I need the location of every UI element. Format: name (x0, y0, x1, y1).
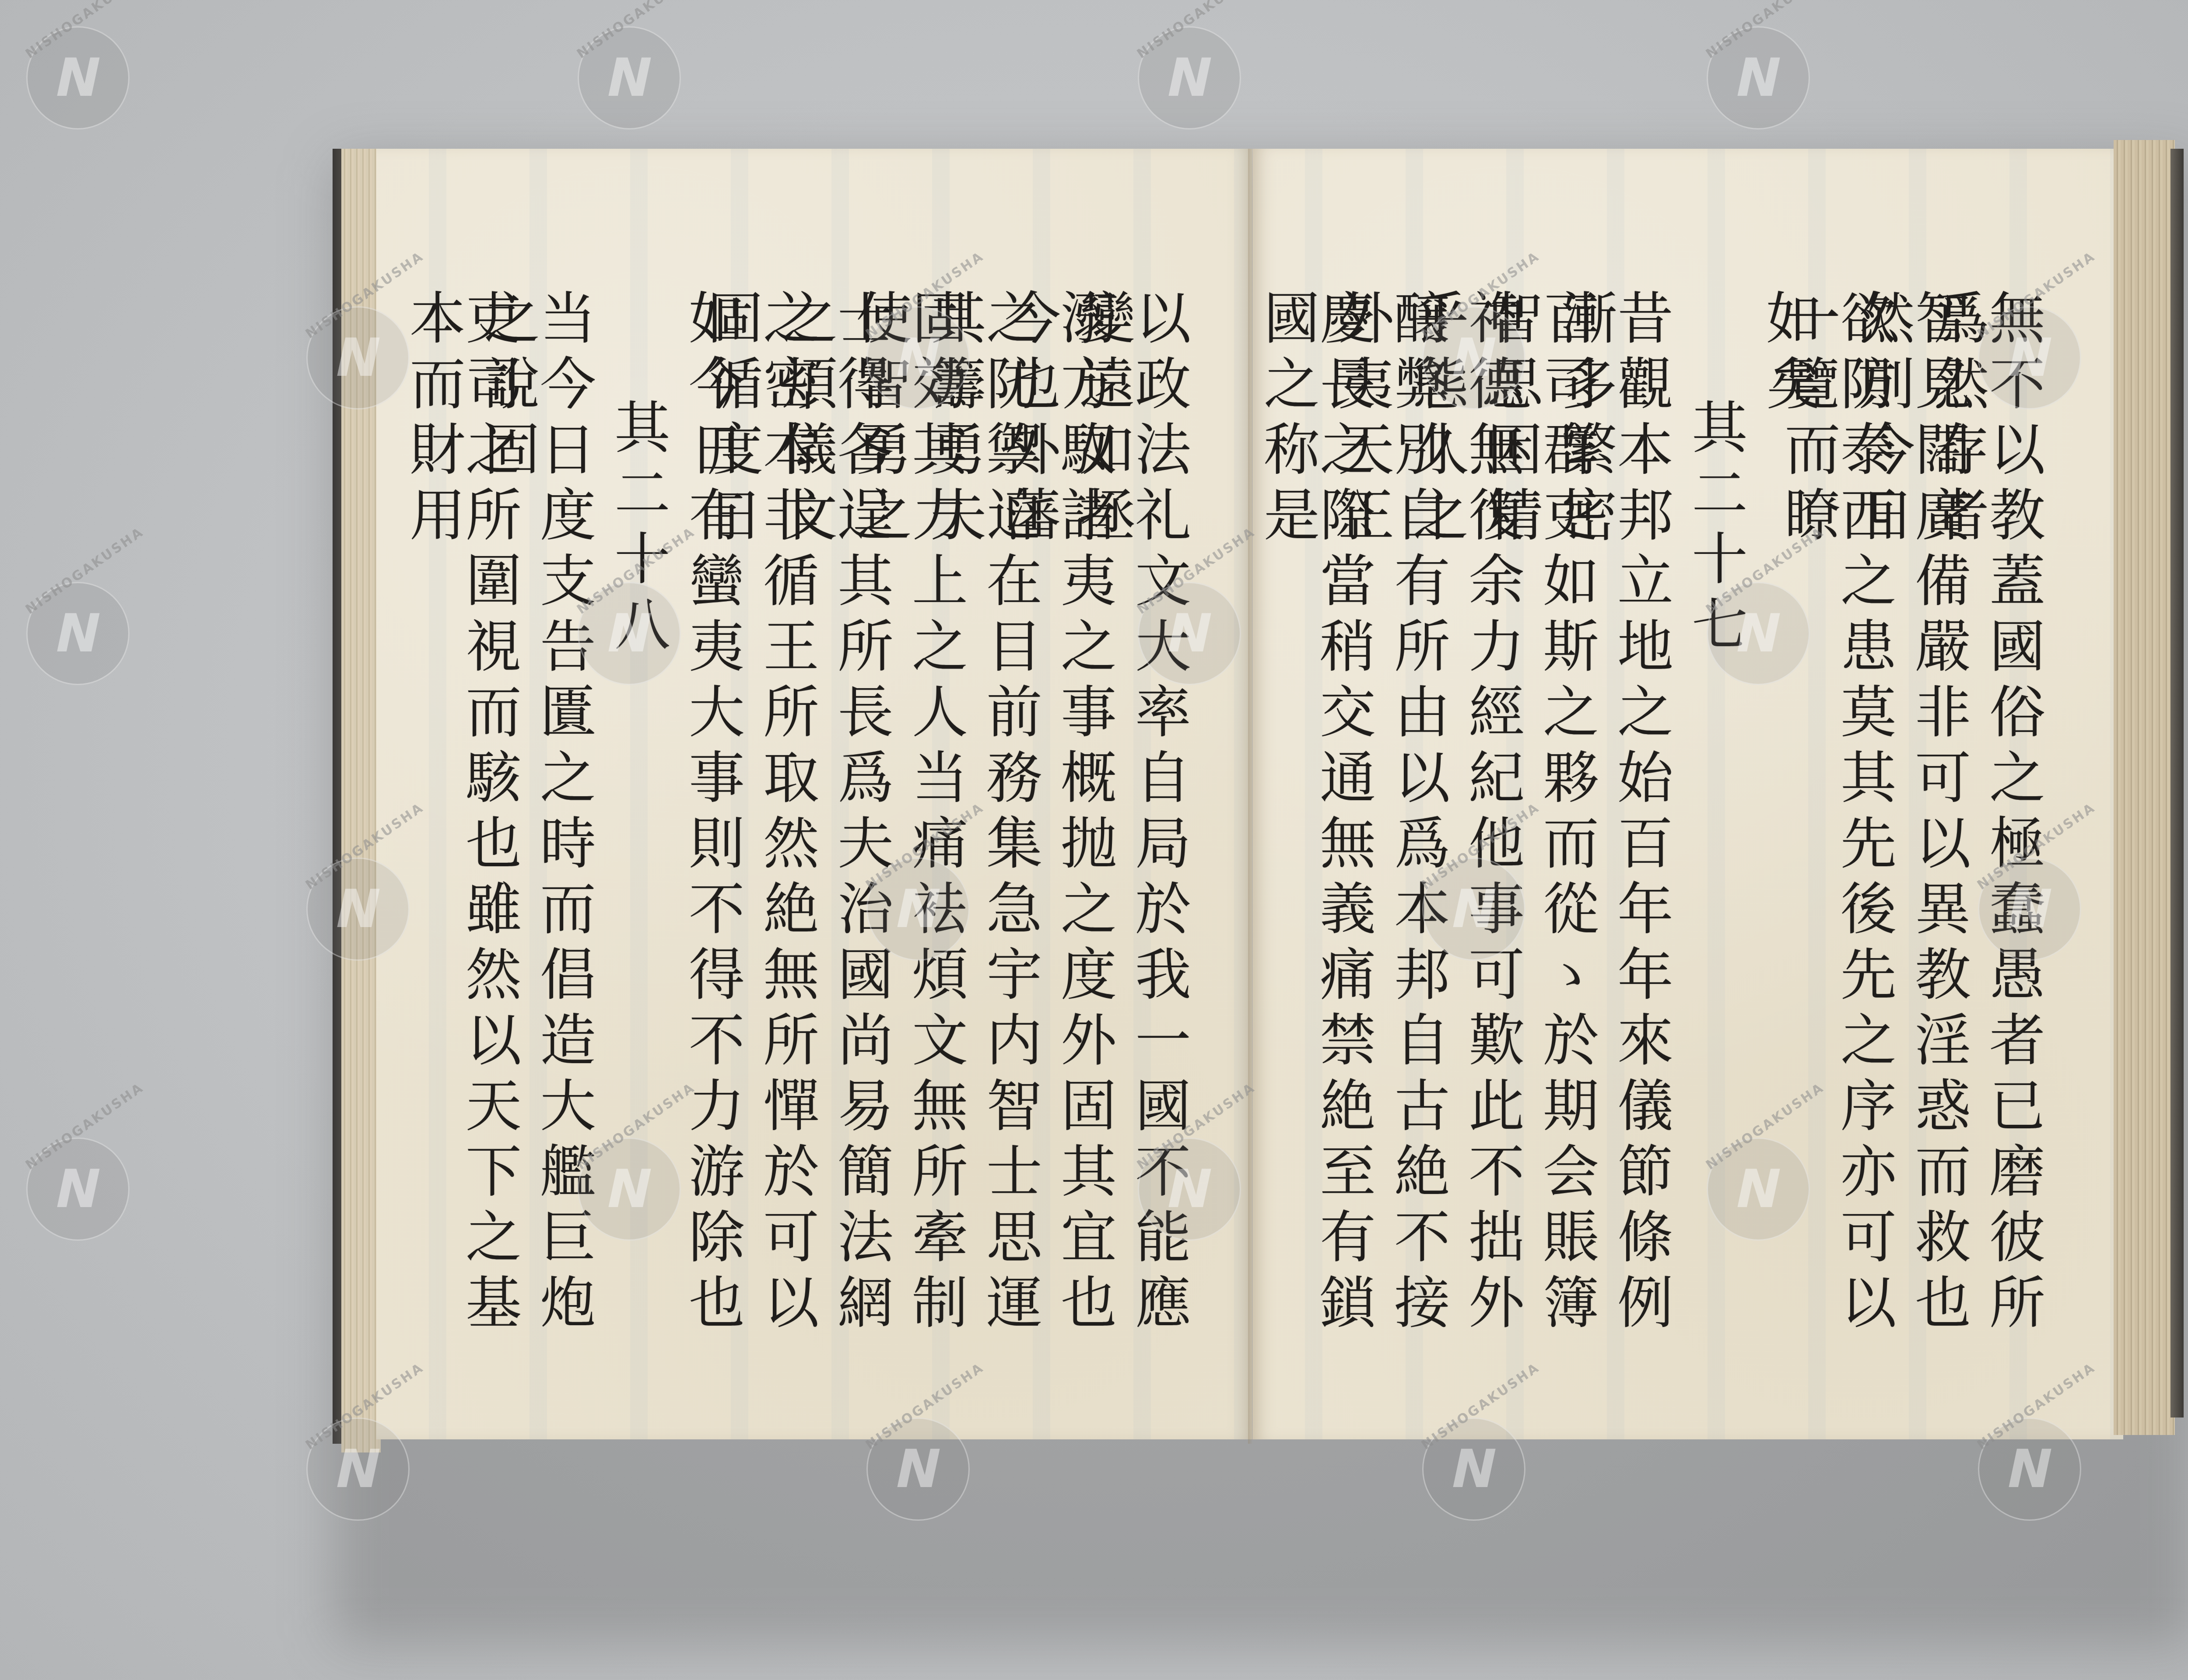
watermark-glyph: N (330, 328, 386, 388)
watermark-glyph: N (1445, 879, 1502, 940)
watermark-glyph: N (2001, 328, 2058, 388)
text-column: 当今日度支告匱之時而倡造大艦巨炮之說固 (516, 289, 591, 1382)
watermark-logo-icon: NISHOGAKUSHAN (578, 1137, 681, 1241)
watermark-glyph: N (1445, 328, 1502, 388)
watermark-glyph: N (1730, 603, 1787, 664)
watermark-glyph: N (1161, 48, 1218, 108)
watermark-logo-icon: NISHOGAKUSHAN (1978, 1417, 2081, 1521)
watermark-glyph: N (601, 1159, 658, 1220)
text-column: 昔觀本邦立地之始百年年來儀節條例漸多繁密 (1594, 289, 1668, 1382)
watermark-glyph: N (1161, 603, 1218, 664)
watermark-logo-icon: NISHOGAKUSHAN (1978, 306, 2081, 409)
watermark-logo-icon: NISHOGAKUSHAN (866, 857, 970, 961)
right-page-text-columns: 無不以教蓋國俗之極蠢愚者已磨彼所爲然存者 智見闊廣備嚴非可以異教淫惑而救也然則今… (1296, 289, 2040, 1382)
watermark-glyph: N (2001, 1439, 2058, 1500)
watermark-glyph: N (890, 328, 947, 388)
watermark-logo-icon: NISHOGAKUSHAN (1707, 1137, 1810, 1241)
watermark-logo-icon: NISHOGAKUSHAN (866, 306, 970, 409)
watermark-glyph: N (49, 603, 106, 664)
watermark-logo-icon: NISHOGAKUSHAN (1978, 857, 2081, 961)
watermark-glyph: N (601, 48, 658, 108)
watermark-logo-icon: NISHOGAKUSHAN (1707, 582, 1810, 685)
watermark-logo-icon: NISHOGAKUSHAN (306, 306, 410, 409)
watermark-glyph: N (49, 1159, 106, 1220)
text-column: 無不以教蓋國俗之極蠢愚者已磨彼所爲然存者 (1966, 289, 2040, 1382)
watermark-logo-icon: NISHOGAKUSHAN (1707, 26, 1810, 129)
watermark-glyph: N (601, 603, 658, 664)
watermark-logo-icon: NISHOGAKUSHAN (1138, 582, 1241, 685)
watermark-logo-icon: NISHOGAKUSHAN (578, 582, 681, 685)
watermark-glyph: N (330, 879, 386, 940)
watermark-logo-icon: NISHOGAKUSHAN (26, 26, 130, 129)
watermark-glyph: N (1161, 1159, 1218, 1220)
watermark-glyph: N (1730, 48, 1787, 108)
watermark-logo-icon: NISHOGAKUSHAN (866, 1417, 970, 1521)
front-cover-edge (2170, 149, 2184, 1417)
watermark-logo-icon: NISHOGAKUSHAN (1422, 306, 1525, 409)
watermark-logo-icon: NISHOGAKUSHAN (306, 1417, 410, 1521)
watermark-glyph: N (330, 1439, 386, 1500)
watermark-glyph: N (2001, 879, 2058, 940)
watermark-glyph: N (1730, 1159, 1787, 1220)
watermark-glyph: N (1445, 1439, 1502, 1500)
watermark-glyph: N (49, 48, 106, 108)
watermark-glyph: N (890, 879, 947, 940)
watermark-logo-icon: NISHOGAKUSHAN (1138, 1137, 1241, 1241)
left-page-text-columns: 以政法礼文大率自局於我一國不能應變遠如拯 溺方馭諸夷之事概抛之度外固其宜也今也外… (442, 289, 1186, 1382)
watermark-logo-icon: NISHOGAKUSHAN (1138, 26, 1241, 129)
watermark-logo-icon: NISHOGAKUSHAN (1422, 1417, 1525, 1521)
watermark-logo-icon: NISHOGAKUSHAN (26, 1137, 130, 1241)
watermark-logo-icon: NISHOGAKUSHAN (26, 582, 130, 685)
watermark-glyph: N (890, 1439, 947, 1500)
left-page: 以政法礼文大率自局於我一國不能應變遠如拯 溺方馭諸夷之事概抛之度外固其宜也今也外… (376, 149, 1252, 1439)
watermark-logo-icon: NISHOGAKUSHAN (578, 26, 681, 129)
watermark-logo-icon: NISHOGAKUSHAN (306, 857, 410, 961)
watermark-logo-icon: NISHOGAKUSHAN (1422, 857, 1525, 961)
right-page-edges (2114, 140, 2175, 1435)
